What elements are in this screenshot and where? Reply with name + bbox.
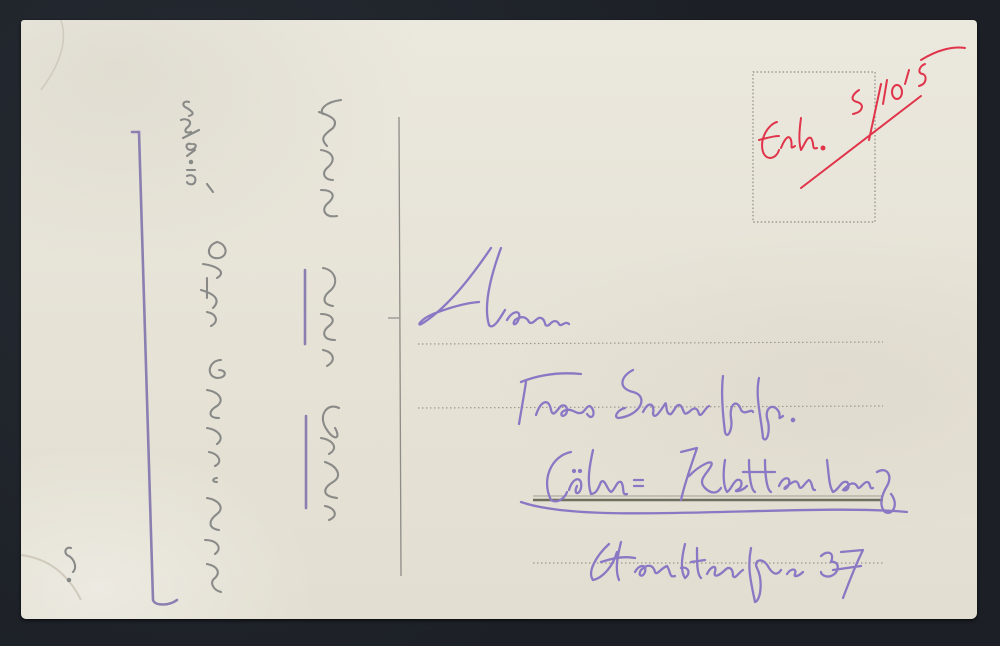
margin-bracket-line — [132, 132, 177, 605]
pencil-greeting — [319, 100, 341, 216]
postcard: Herrn — [21, 20, 977, 619]
pencil-signature — [201, 242, 226, 326]
pencil-date — [181, 102, 193, 133]
pencil-message — [21, 20, 977, 619]
pencil-page-mark — [65, 548, 75, 572]
